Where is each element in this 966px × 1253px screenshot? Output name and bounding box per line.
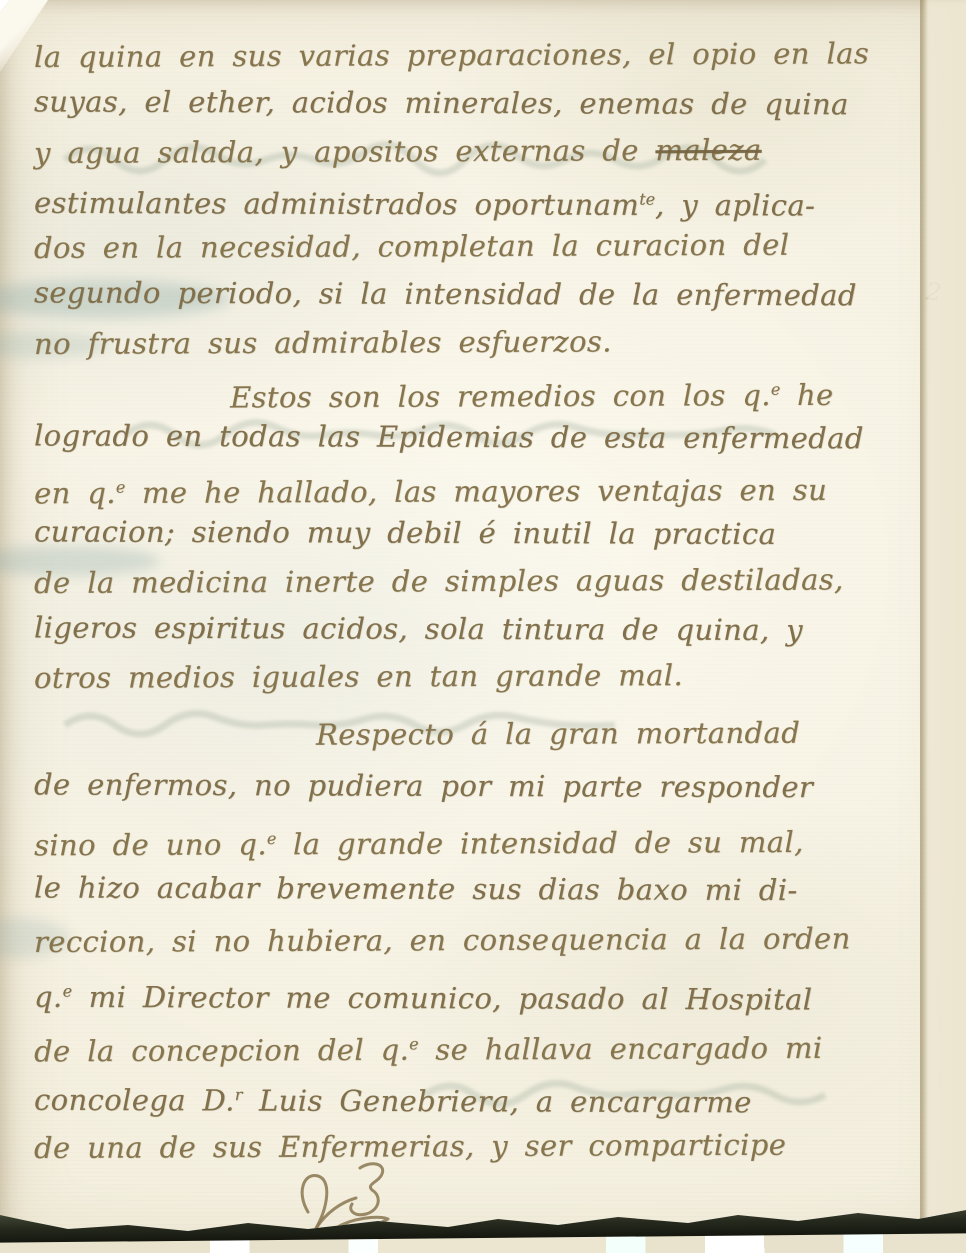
manuscript-line: le hizo acabar brevemente sus dias baxo … [34,862,934,917]
manuscript-line: Estos son los remedios con los q.e he [34,365,934,417]
paragraph: la quina en sus varias preparaciones, el… [34,32,934,367]
manuscript-line: q.e mi Director me comunico, pasado al H… [34,965,934,1020]
struck-word: maleza [655,132,761,166]
manuscript-scan: la quina en sus varias preparaciones, el… [0,0,966,1253]
right-fold-strip [920,0,966,1253]
manuscript-line: en q.e me he hallado, las mayores ventaj… [34,460,934,512]
manuscript-line: suyas, el ether, acidos minerales, enema… [34,78,934,129]
manuscript-line: de la concepcion del q.e se hallava enca… [34,1016,934,1071]
manuscript-line: sino de uno q.e la grande intensidad de … [34,810,934,865]
manuscript-line: estimulantes administrados oportunamte, … [34,174,934,225]
text-layer: la quina en sus varias preparaciones, el… [34,32,934,1173]
manuscript-line: de enfermos, no pudiera por mi parte res… [34,759,934,814]
manuscript-line: segundo periodo, si la intensidad de la … [34,269,934,320]
manuscript-line: otros medios iguales en tan grande mal. [34,651,934,703]
manuscript-line: y agua salada, y apositos externas de ma… [34,126,934,178]
superscript-abbreviation: e [771,379,781,398]
manuscript-line: curacion; siendo muy debil é inutil la p… [34,508,934,559]
manuscript-line: concolega D.r Luis Genebriera, a encarga… [34,1068,934,1123]
manuscript-line: dos en la necesidad, completan la curaci… [34,221,934,273]
manuscript-line: ligeros espiritus acidos, sola tintura d… [34,604,934,655]
superscript-abbreviation: e [116,478,126,497]
superscript-abbreviation: te [639,190,655,209]
superscript-abbreviation: e [63,981,73,1000]
paragraph: Respecto á la gran mortandadde enfermos,… [34,709,934,1173]
manuscript-line: reccion, si no hubiera, en consequencia … [34,913,934,968]
superscript-abbreviation: e [267,829,277,848]
manuscript-line: logrado en todas las Epidemias de esta e… [34,413,934,464]
manuscript-line: no frustra sus admirables esfuerzos. [34,317,934,369]
manuscript-sheet: la quina en sus varias preparaciones, el… [0,0,966,1253]
superscript-abbreviation: e [409,1034,419,1053]
manuscript-line: Respecto á la gran mortandad [34,707,934,762]
manuscript-line: de la medicina inerte de simples aguas d… [34,556,934,608]
paragraph: Estos son los remedios con los q.e helog… [34,367,934,702]
manuscript-line: la quina en sus varias preparaciones, el… [34,30,934,82]
manuscript-line: de una de sus Enfermerias, y ser compart… [34,1119,934,1174]
